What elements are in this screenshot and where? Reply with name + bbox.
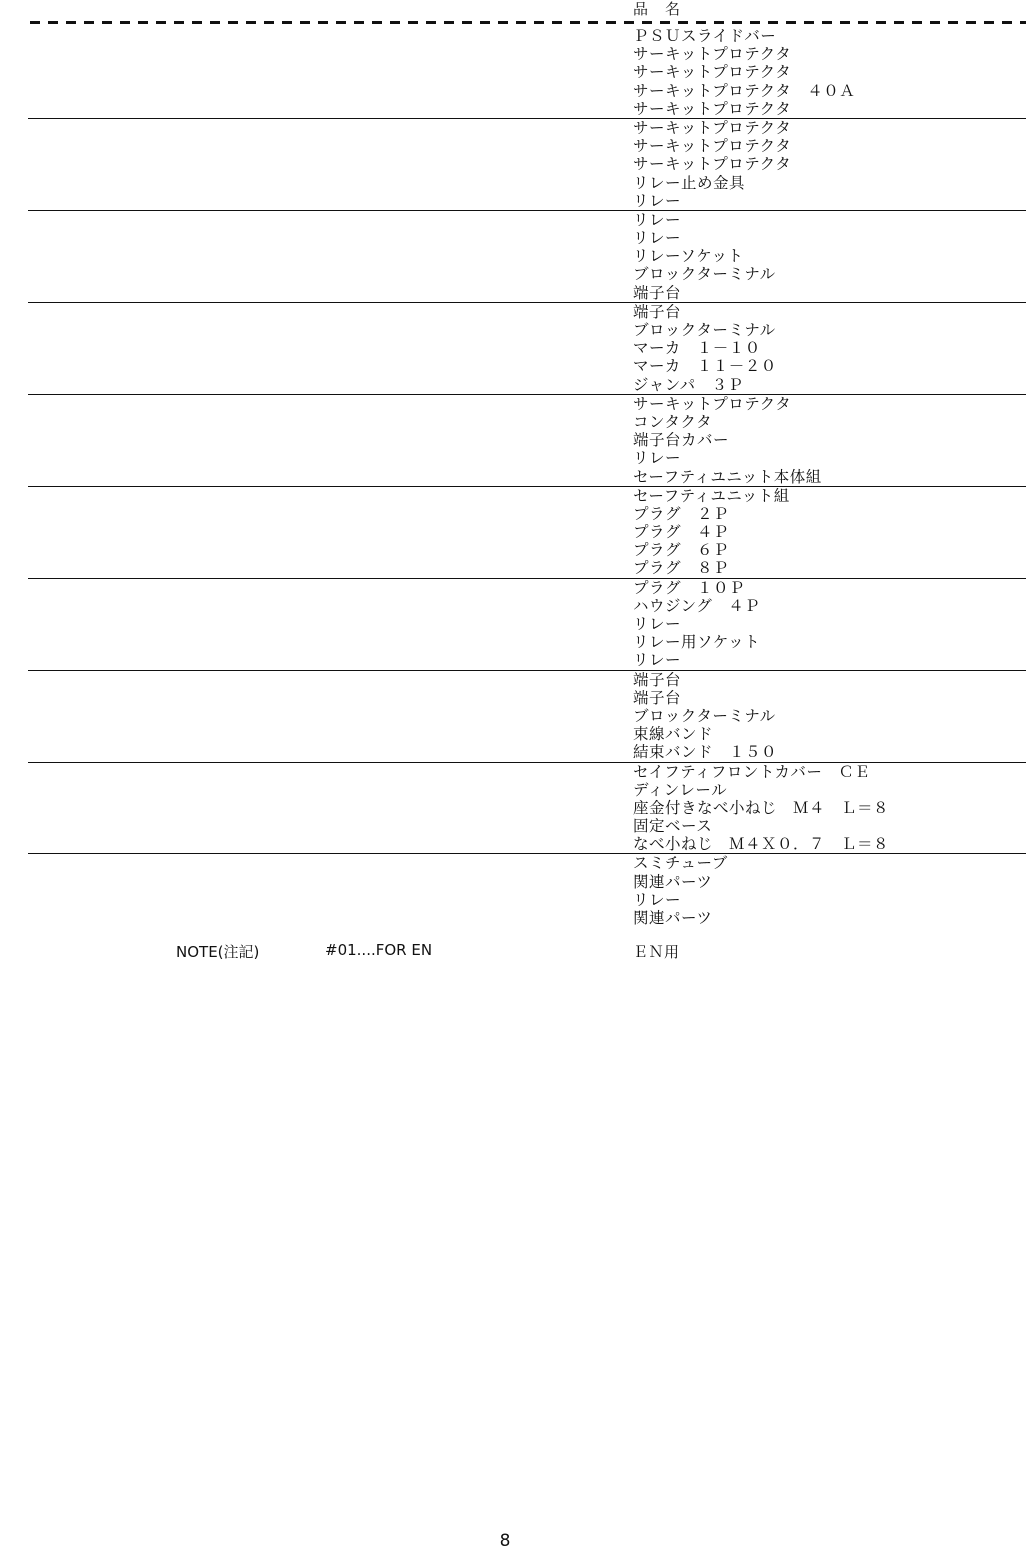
- part-name-cell: サーキットプロテクタ: [28, 155, 1026, 173]
- part-name-cell: リレー: [28, 891, 1026, 909]
- part-name-cell: プラグ ８Ｐ: [28, 559, 1026, 577]
- part-name-cell: リレー: [28, 651, 1026, 669]
- parts-group: 端子台ブロックターミナルマーカ １－１０マーカ １１－２０ジャンパ ３Ｐ: [28, 303, 1026, 395]
- part-name-cell: ブロックターミナル: [28, 265, 1026, 283]
- column-header-part-name: 品 名: [633, 1, 681, 18]
- part-name-cell: ジャンパ ３Ｐ: [28, 376, 1026, 394]
- note-code: #01....FOR EN: [325, 941, 432, 959]
- part-name-cell: リレーソケット: [28, 247, 1026, 265]
- part-name-cell: サーキットプロテクタ: [28, 119, 1026, 137]
- part-name-cell: 関連パーツ: [28, 873, 1026, 891]
- part-name-cell: リレー: [28, 615, 1026, 633]
- part-name-cell: サーキットプロテクタ: [28, 100, 1026, 118]
- parts-group: スミチューブ関連パーツリレー関連パーツ: [28, 854, 1026, 927]
- parts-table: ＰＳＵスライドバーサーキットプロテクタサーキットプロテクタサーキットプロテクタ …: [28, 27, 1026, 927]
- part-name-cell: サーキットプロテクタ ４０Ａ: [28, 82, 1026, 100]
- part-name-cell: 座金付きなべ小ねじ Ｍ４ Ｌ＝８: [28, 799, 1026, 817]
- parts-group: リレーリレーリレーソケットブロックターミナル端子台: [28, 211, 1026, 303]
- part-name-cell: ＰＳＵスライドバー: [28, 27, 1026, 45]
- part-name-cell: マーカ １－１０: [28, 339, 1026, 357]
- part-name-cell: スミチューブ: [28, 854, 1026, 872]
- part-name-cell: 端子台: [28, 689, 1026, 707]
- note-label: NOTE(注記): [176, 941, 259, 962]
- part-name-cell: 結束バンド １５０: [28, 743, 1026, 761]
- part-name-cell: リレー: [28, 211, 1026, 229]
- part-name-cell: セーフティユニット組: [28, 487, 1026, 505]
- parts-group: サーキットプロテクタサーキットプロテクタサーキットプロテクタリレー止め金具リレー: [28, 119, 1026, 211]
- part-name-cell: 束線バンド: [28, 725, 1026, 743]
- part-name-cell: リレー: [28, 449, 1026, 467]
- part-name-cell: リレー: [28, 229, 1026, 247]
- part-name-cell: リレー用ソケット: [28, 633, 1026, 651]
- document-page: 品 名 ＰＳＵスライドバーサーキットプロテクタサーキットプロテクタサーキットプロ…: [0, 0, 1031, 1563]
- part-name-cell: プラグ ４Ｐ: [28, 523, 1026, 541]
- part-name-cell: 固定ベース: [28, 817, 1026, 835]
- parts-group: ＰＳＵスライドバーサーキットプロテクタサーキットプロテクタサーキットプロテクタ …: [28, 27, 1026, 119]
- part-name-cell: 関連パーツ: [28, 909, 1026, 927]
- part-name-cell: 端子台: [28, 303, 1026, 321]
- part-name-cell: 端子台: [28, 284, 1026, 302]
- parts-group: 端子台端子台ブロックターミナル束線バンド結束バンド １５０: [28, 671, 1026, 763]
- part-name-cell: ブロックターミナル: [28, 321, 1026, 339]
- part-name-cell: 端子台カバー: [28, 431, 1026, 449]
- part-name-cell: 端子台: [28, 671, 1026, 689]
- part-name-cell: リレー: [28, 192, 1026, 210]
- parts-group: プラグ １０Ｐハウジング ４Ｐリレーリレー用ソケットリレー: [28, 579, 1026, 671]
- part-name-cell: サーキットプロテクタ: [28, 45, 1026, 63]
- part-name-cell: コンタクタ: [28, 413, 1026, 431]
- parts-group: サーキットプロテクタコンタクタ端子台カバーリレーセーフティユニット本体組: [28, 395, 1026, 487]
- part-name-cell: なべ小ねじ Ｍ４Ｘ０．７ Ｌ＝８: [28, 835, 1026, 853]
- part-name-cell: セーフティユニット本体組: [28, 468, 1026, 486]
- note-value: ＥＮ用: [633, 941, 680, 962]
- part-name-cell: プラグ ６Ｐ: [28, 541, 1026, 559]
- part-name-cell: サーキットプロテクタ: [28, 395, 1026, 413]
- page-number: 8: [0, 1531, 1010, 1551]
- part-name-cell: ブロックターミナル: [28, 707, 1026, 725]
- note-row: NOTE(注記) #01....FOR EN ＥＮ用: [0, 941, 1031, 961]
- part-name-cell: サーキットプロテクタ: [28, 137, 1026, 155]
- part-name-cell: プラグ １０Ｐ: [28, 579, 1026, 597]
- header-divider-dashed: [30, 21, 1026, 24]
- parts-group: セーフティユニット組プラグ ２Ｐプラグ ４Ｐプラグ ６Ｐプラグ ８Ｐ: [28, 487, 1026, 579]
- part-name-cell: ハウジング ４Ｐ: [28, 597, 1026, 615]
- part-name-cell: リレー止め金具: [28, 174, 1026, 192]
- part-name-cell: サーキットプロテクタ: [28, 63, 1026, 81]
- parts-group: セイフティフロントカバー ＣＥディンレール座金付きなべ小ねじ Ｍ４ Ｌ＝８固定ベ…: [28, 763, 1026, 855]
- part-name-cell: ディンレール: [28, 781, 1026, 799]
- part-name-cell: セイフティフロントカバー ＣＥ: [28, 763, 1026, 781]
- part-name-cell: プラグ ２Ｐ: [28, 505, 1026, 523]
- part-name-cell: マーカ １１－２０: [28, 357, 1026, 375]
